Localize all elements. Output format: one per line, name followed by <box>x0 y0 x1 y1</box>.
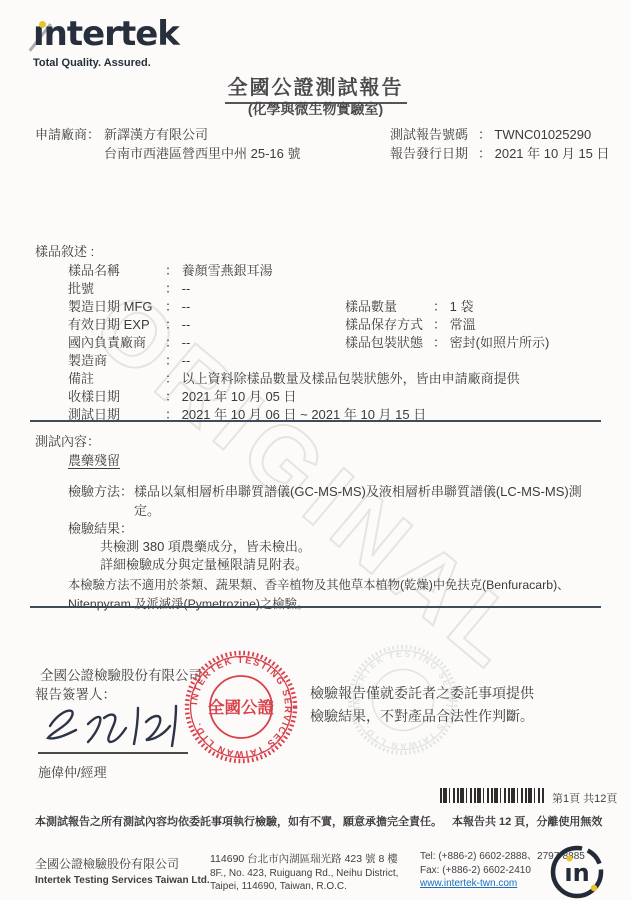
packing-label: 樣品包裝狀態 <box>345 332 433 351</box>
footer-company-zh: 全國公證檢驗股份有限公司 <box>35 855 210 872</box>
result-line1: 共檢測 380 項農藥成分，皆未檢出。 <box>100 536 311 555</box>
svg-text:ın: ın <box>564 859 589 887</box>
seal-center-text: 全國公證 <box>208 697 275 717</box>
sample-row: 樣品數量： 1 袋 <box>345 296 473 315</box>
section-divider <box>30 606 601 608</box>
sample-row: 批號： -- <box>68 278 190 297</box>
sample-row: 製造日期 MFG： -- <box>68 296 190 315</box>
page-subtitle: (化學與微生物實驗室) <box>248 101 383 117</box>
sample-row: 國內負責廠商： -- <box>68 332 190 351</box>
sample-name-value: ： 養顏雪燕銀耳湯 <box>165 263 273 278</box>
footer-company-en: Intertek Testing Services Taiwan Ltd. <box>35 875 210 886</box>
footer-address-en2: Taipei, 114690, Taiwan, R.O.C. <box>210 880 398 894</box>
sample-name-label: 樣品名稱 <box>68 260 165 279</box>
report-date-value: ： 2021 年 10 月 15 日 <box>478 146 610 161</box>
result-label: 檢驗結果： <box>68 518 133 537</box>
responsibility-statement: 本測試報告之所有測試內容均依委託事項執行檢驗，如有不實，願意承擔完全責任。 <box>35 813 442 829</box>
page-indicator: 第1頁 共12頁 <box>552 790 617 806</box>
statement-line2: 檢驗結果，不對產品合法性作判斷。 <box>310 706 534 726</box>
mfg-date-label: 製造日期 MFG <box>68 296 165 315</box>
intertek-in-circle-icon: ın <box>548 843 606 900</box>
batch-label: 批號 <box>68 278 165 297</box>
manufacturer-value: ： -- <box>165 353 190 368</box>
quantity-label: 樣品數量 <box>345 296 433 315</box>
result-line2: 詳細檢驗成分與定量極限請見附表。 <box>100 554 308 573</box>
footer-company-block: 全國公證檢驗股份有限公司 Intertek Testing Services T… <box>35 855 210 886</box>
report-date-row: 報告發行日期： 2021 年 10 月 15 日 <box>390 143 610 162</box>
sample-row: 樣品名稱： 養顏雪燕銀耳湯 <box>68 260 273 279</box>
sample-row: 製造商： -- <box>68 350 190 369</box>
sample-row: 有效日期 EXP： -- <box>68 314 190 333</box>
statement-line1: 檢驗報告僅就委託者之委託事項提供 <box>310 683 534 703</box>
method-line2: 定。 <box>134 500 160 519</box>
logo-wordmark: ıntertek <box>33 14 179 54</box>
signer-name-title: 施偉仲/經理 <box>38 762 107 781</box>
batch-value: ： -- <box>165 281 190 296</box>
mfg-date-value: ： -- <box>165 299 190 314</box>
signing-company: 全國公證檢驗股份有限公司 <box>40 664 202 684</box>
method-scope-note: 本檢驗方法不適用於茶類、蔬果類、香辛植物及其他草本植物(乾燥)中免扶克(Benf… <box>68 576 598 614</box>
packing-value: ： 密封(如照片所示) <box>433 335 549 350</box>
sample-section-heading: 樣品敘述 : <box>35 241 94 260</box>
section-divider <box>30 420 601 422</box>
method-label: 檢驗方法： <box>68 481 133 500</box>
barcode <box>440 788 544 803</box>
quantity-value: ： 1 袋 <box>433 299 473 314</box>
domestic-vendor-label: 國內負責廠商 <box>68 332 165 351</box>
report-number-row: 測試報告號碼： TWNC01025290 <box>390 124 591 143</box>
applicant-label: 申請廠商： <box>35 124 100 143</box>
exp-date-label: 有效日期 EXP <box>68 314 165 333</box>
logo-yellow-dot-icon <box>39 21 46 28</box>
applicant-name: 新譯漢方有限公司 <box>104 124 208 143</box>
manufacturer-label: 製造商 <box>68 350 165 369</box>
signature-line <box>38 752 188 754</box>
handwritten-signature <box>42 696 192 750</box>
footer-address-zh: 114690 台北市內湖區瑞光路 423 號 8 樓 <box>210 853 398 867</box>
test-subject: 農藥殘留 <box>68 450 120 469</box>
sample-row: 備註： 以上資料除樣品數量及樣品包裝狀態外，皆由申請廠商提供 <box>68 368 520 387</box>
storage-label: 樣品保存方式 <box>345 314 433 333</box>
report-number-label: 測試報告號碼 <box>390 124 478 143</box>
received-date-label: 收樣日期 <box>68 386 165 405</box>
applicant-address: 台南市西港區營西里中州 25-16 號 <box>104 143 300 162</box>
report-date-label: 報告發行日期 <box>390 143 478 162</box>
method-line1: 樣品以氣相層析串聯質譜儀(GC-MS-MS)及液相層析串聯質譜儀(LC-MS-M… <box>134 481 582 500</box>
test-report-page: ORIGINAL ıntertek Total Quality. Assured… <box>0 0 631 900</box>
remark-label: 備註 <box>68 368 165 387</box>
sample-row: 樣品包裝狀態： 密封(如照片所示) <box>345 332 549 351</box>
intertek-logo: ıntertek Total Quality. Assured. <box>25 14 195 76</box>
footer-address-block: 114690 台北市內湖區瑞光路 423 號 8 樓 8F., No. 423,… <box>210 853 398 894</box>
exp-date-value: ： -- <box>165 317 190 332</box>
sample-row: 樣品保存方式： 常溫 <box>345 314 476 333</box>
domestic-vendor-value: ： -- <box>165 335 190 350</box>
red-company-seal: INTERTEK TESTING SERVICES TAIWAN LTD. 全國… <box>183 649 299 765</box>
pages-note: 本報告共 12 頁，分離使用無效 <box>452 813 602 829</box>
logo-tagline: Total Quality. Assured. <box>33 57 151 69</box>
test-section-heading: 測試內容： <box>35 431 100 450</box>
footer-address-en1: 8F., No. 423, Ruiguang Rd., Neihu Distri… <box>210 867 398 881</box>
report-number-value: ： TWNC01025290 <box>478 127 591 142</box>
sample-row: 收樣日期： 2021 年 10 月 05 日 <box>68 386 297 405</box>
remark-value: ： 以上資料除樣品數量及樣品包裝狀態外，皆由申請廠商提供 <box>165 371 520 386</box>
storage-value: ： 常溫 <box>433 317 476 332</box>
received-date-value: ： 2021 年 10 月 05 日 <box>165 389 297 404</box>
subtitle-row: (化學與微生物實驗室) <box>0 99 631 119</box>
